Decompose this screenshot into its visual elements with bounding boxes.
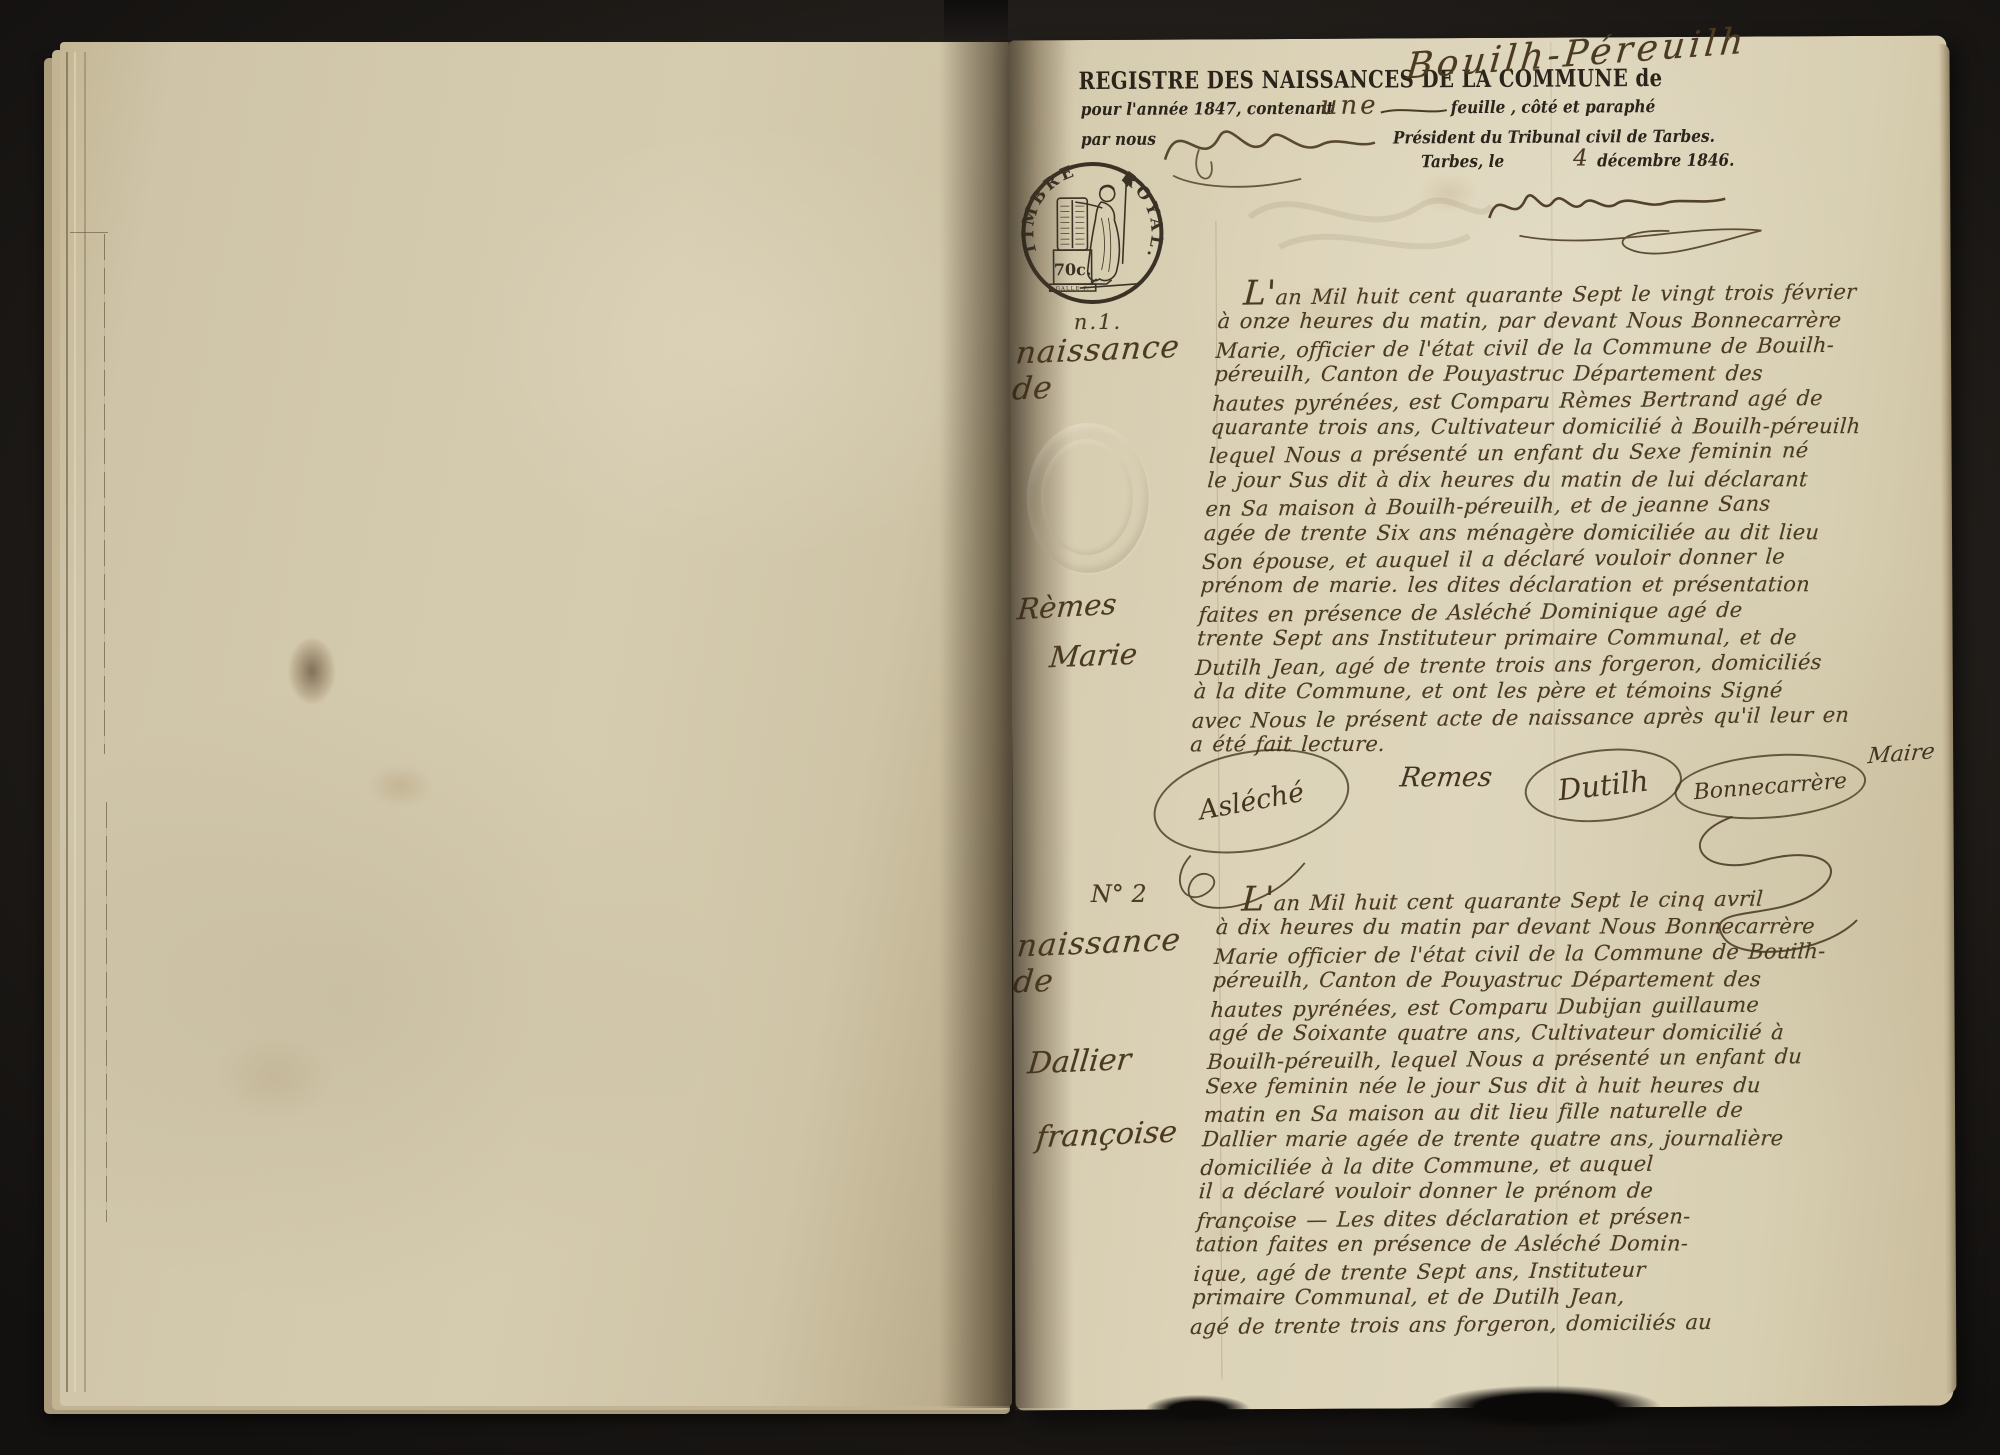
act2-number: N° 2	[1091, 880, 1147, 908]
handwritten-dash-flourish	[1379, 104, 1449, 118]
page-edge-ruling	[104, 234, 105, 754]
embossed-blind-stamp-inner	[1041, 439, 1134, 555]
act1-body-text: L'an Mil huit cent quarante Sept le ving…	[1189, 276, 1914, 759]
handwritten-line: trente Sept ans Instituteur primaire Com…	[1196, 624, 1892, 652]
handwritten-line: Dutilh Jean, agé de trente trois ans for…	[1195, 648, 1891, 681]
signature-bonnecarrere: Bonnecarrère	[1693, 768, 1848, 804]
ink-stain	[282, 628, 342, 714]
handwritten-line: de	[1012, 958, 1180, 1001]
embossed-blind-stamp	[1026, 423, 1149, 574]
handwritten-line: hautes pyrénées, est Comparu Dubijan gui…	[1210, 990, 1912, 1023]
page-edge-ruling	[106, 802, 107, 1222]
left-blank-page	[60, 42, 1012, 1406]
ink-showthrough	[1239, 156, 1500, 277]
act1-margin-note: naissancede	[1011, 329, 1182, 408]
handwritten-line: à dix heures du matin par devant Nous Bo…	[1215, 913, 1917, 941]
stamp-engraver: GALLE F.	[1056, 286, 1090, 292]
handwritten-line: Dallier marie agée de trente quatre ans,…	[1201, 1125, 1903, 1153]
handwritten-line: L'an Mil huit cent quarante Sept le cinq…	[1217, 880, 1919, 917]
handwritten-line: agé de trente trois ans forgeron, domici…	[1189, 1307, 1891, 1340]
handwritten-line: L'an Mil huit cent quarante Sept le ving…	[1218, 274, 1914, 311]
handwritten-line: avec Nous le présent acte de naissance a…	[1191, 701, 1887, 734]
header-line3-printed: par nous	[1081, 130, 1156, 150]
paper-stain	[200, 1022, 350, 1132]
handwritten-line: Bouilh-péreuilh, lequel Nous a présenté …	[1206, 1043, 1908, 1076]
act1-margin-surname: Rèmes	[1016, 587, 1118, 627]
page-edge-ruling	[70, 232, 108, 233]
act2-margin-firstname: françoise	[1034, 1115, 1178, 1156]
page-edge-line	[66, 52, 68, 1392]
handwritten-line: de	[1011, 365, 1179, 408]
svg-text:TIMBRE: TIMBRE	[1018, 161, 1080, 257]
paper-stain	[358, 758, 442, 814]
act1-margin-firstname: Marie	[1048, 637, 1139, 675]
handwritten-line: tation faites en présence de Asléché Dom…	[1195, 1230, 1897, 1258]
handwritten-line: agée de trente Six ans ménagère domicili…	[1203, 519, 1899, 547]
header-line3-printed-cont: Président du Tribunal civil de Tarbes.	[1393, 127, 1715, 149]
register-page: REGISTRE DES NAISSANCES DE LA COMMUNE de…	[1008, 36, 1953, 1411]
page-edge-line	[74, 52, 76, 1392]
handwritten-line: primaire Communal, et de Dutilh Jean,	[1191, 1283, 1893, 1311]
handwritten-line: en Sa maison à Bouilh-péreuilh, et de je…	[1205, 490, 1901, 523]
signature-remes: Remes	[1398, 762, 1494, 794]
handwritten-line: naissance	[1014, 329, 1182, 372]
page-edge-line	[84, 52, 86, 1392]
timbre-royal-stamp-icon: TIMBRE ROYAL.	[1017, 158, 1168, 309]
handwritten-line: hautes pyrénées, est Comparu Rèmes Bertr…	[1212, 384, 1908, 417]
sheet-count-handwritten: une	[1321, 91, 1379, 121]
photo-backdrop: REGISTRE DES NAISSANCES DE LA COMMUNE de…	[0, 0, 2000, 1455]
torn-edge-shadow	[1390, 1378, 1700, 1436]
signature-dutilh: Dutilh	[1556, 763, 1650, 807]
handwritten-line: prénom de marie. les dites déclaration e…	[1200, 572, 1896, 600]
torn-edge-shadow	[1128, 1390, 1268, 1428]
act1-number: n.1.	[1074, 310, 1122, 334]
header-line2-printed: pour l'année 1847, contenant	[1081, 99, 1334, 120]
act2-margin-surname: Dallier	[1026, 1042, 1133, 1081]
handwritten-line: ique, agé de trente Sept ans, Instituteu…	[1193, 1254, 1895, 1287]
handwritten-line: matin en Sa maison au dit lieu fille nat…	[1203, 1096, 1905, 1129]
stamp-arc-left: TIMBRE	[1018, 161, 1080, 257]
act2-body-text: L'an Mil huit cent quarante Sept le cinq…	[1189, 882, 1918, 1339]
handwritten-line: naissance	[1015, 922, 1183, 965]
signature-asleche: Asléché	[1196, 776, 1306, 826]
handwritten-line: à onze heures du matin, par devant Nous …	[1217, 307, 1913, 335]
handwritten-line: péreuilh, Canton de Pouyastruc Départeme…	[1212, 966, 1914, 994]
act2-margin-note: naissancede	[1012, 922, 1183, 1001]
president-signature-flourish	[1479, 164, 1780, 276]
signature-maire-title: Maire	[1867, 739, 1936, 769]
handwritten-line: péreuilh, Canton de Pouyastruc Départeme…	[1213, 360, 1909, 388]
handwritten-line: à la dite Commune, et ont les père et té…	[1193, 677, 1889, 705]
handwritten-line: lequel Nous a présenté un enfant du Sexe…	[1208, 437, 1904, 470]
stamp-value: 70c.	[1054, 260, 1092, 279]
header-line2-printed-cont: feuille , côté et paraphé	[1451, 97, 1656, 118]
handwritten-line: il a déclaré vouloir donner le prénom de	[1198, 1178, 1900, 1206]
